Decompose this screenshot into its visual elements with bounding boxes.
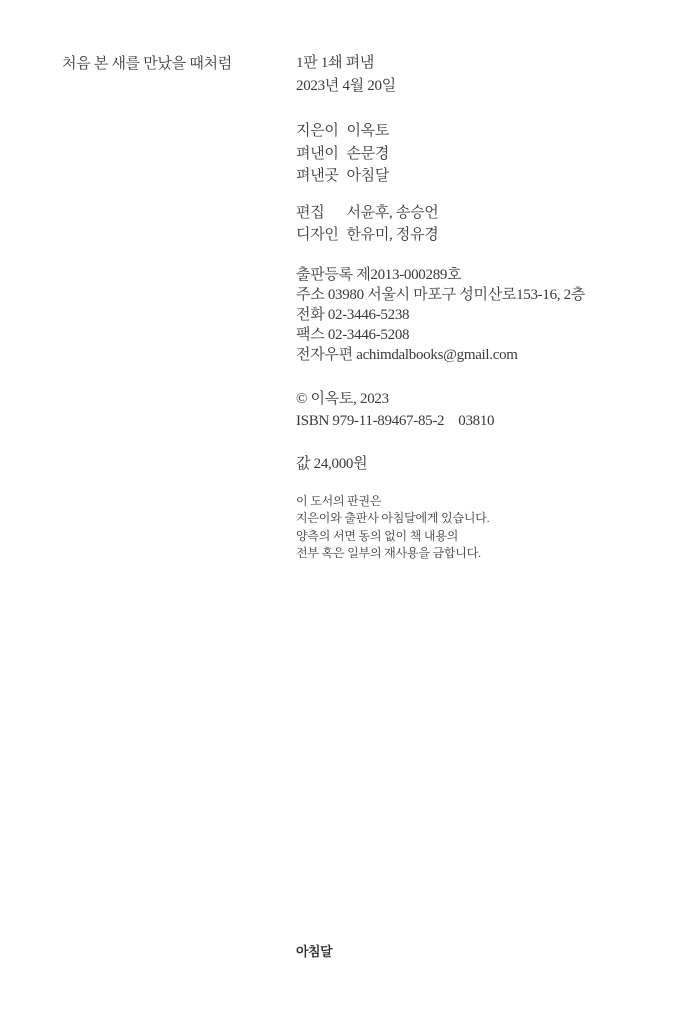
staff-row-editing: 편집 서윤후, 송승언 — [296, 202, 636, 225]
notice-line: 지은이와 출판사 아침달에게 있습니다. — [296, 510, 636, 528]
copyright-line: © 이옥토, 2023 — [296, 388, 636, 410]
rights-notice-block: 이 도서의 판권은 지은이와 출판사 아침달에게 있습니다. 양측의 서면 동의… — [296, 493, 636, 563]
contact-line-address: 주소 03980 서울시 마포구 성미산로153-16, 2층 — [296, 285, 636, 305]
book-title: 처음 본 새를 만났을 때처럼 — [62, 52, 232, 73]
notice-line: 전부 혹은 일부의 재사용을 금합니다. — [296, 545, 636, 563]
edition-line: 1판 1쇄 펴냄 — [296, 52, 636, 75]
staff-value: 서윤후, 송승언 — [346, 205, 438, 221]
contact-line-phone: 전화 02-3446-5238 — [296, 305, 636, 325]
copyright-block: © 이옥토, 2023 ISBN 979-11-89467-85-203810 — [296, 388, 636, 432]
credit-label: 지은이 — [296, 120, 343, 143]
credit-row-publisher-house: 펴낸곳 아침달 — [296, 165, 636, 188]
credit-value: 이옥토 — [346, 123, 389, 139]
credit-row-author: 지은이 이옥토 — [296, 120, 636, 143]
staff-label: 디자인 — [296, 224, 343, 247]
notice-line: 양측의 서면 동의 없이 책 내용의 — [296, 528, 636, 546]
credit-value: 손문경 — [346, 146, 389, 162]
edition-block: 1판 1쇄 펴냄 2023년 4월 20일 — [296, 52, 636, 98]
price-block: 값 24,000원 — [296, 453, 636, 475]
contact-line-fax: 팩스 02-3446-5208 — [296, 325, 636, 345]
staff-value: 한유미, 정유경 — [346, 227, 438, 243]
credit-label: 펴낸이 — [296, 143, 343, 166]
staff-row-design: 디자인 한유미, 정유경 — [296, 224, 636, 247]
credit-value: 아침달 — [346, 168, 389, 184]
contact-block: 출판등록 제2013-000289호 주소 03980 서울시 마포구 성미산로… — [296, 265, 636, 365]
contact-line-registration: 출판등록 제2013-000289호 — [296, 265, 636, 285]
edition-date: 2023년 4월 20일 — [296, 75, 636, 98]
staff-label: 편집 — [296, 202, 343, 225]
staff-block: 편집 서윤후, 송승언 디자인 한유미, 정유경 — [296, 202, 636, 247]
price-line: 값 24,000원 — [296, 453, 636, 475]
notice-line: 이 도서의 판권은 — [296, 493, 636, 511]
isbn-addition-code: 03810 — [458, 413, 494, 429]
credit-row-publisher-person: 펴낸이 손문경 — [296, 143, 636, 166]
publisher-logo: 아침달 — [296, 941, 332, 960]
colophon-page: 처음 본 새를 만났을 때처럼 1판 1쇄 펴냄 2023년 4월 20일 지은… — [0, 0, 684, 1024]
contact-line-email: 전자우편 achimdalbooks@gmail.com — [296, 345, 636, 365]
credit-label: 펴낸곳 — [296, 165, 343, 188]
colophon-column: 1판 1쇄 펴냄 2023년 4월 20일 지은이 이옥토 펴낸이 손문경 펴낸… — [296, 52, 636, 563]
isbn-line: ISBN 979-11-89467-85-203810 — [296, 410, 636, 432]
credits-block: 지은이 이옥토 펴낸이 손문경 펴낸곳 아침달 — [296, 120, 636, 188]
isbn-number: ISBN 979-11-89467-85-2 — [296, 413, 444, 429]
